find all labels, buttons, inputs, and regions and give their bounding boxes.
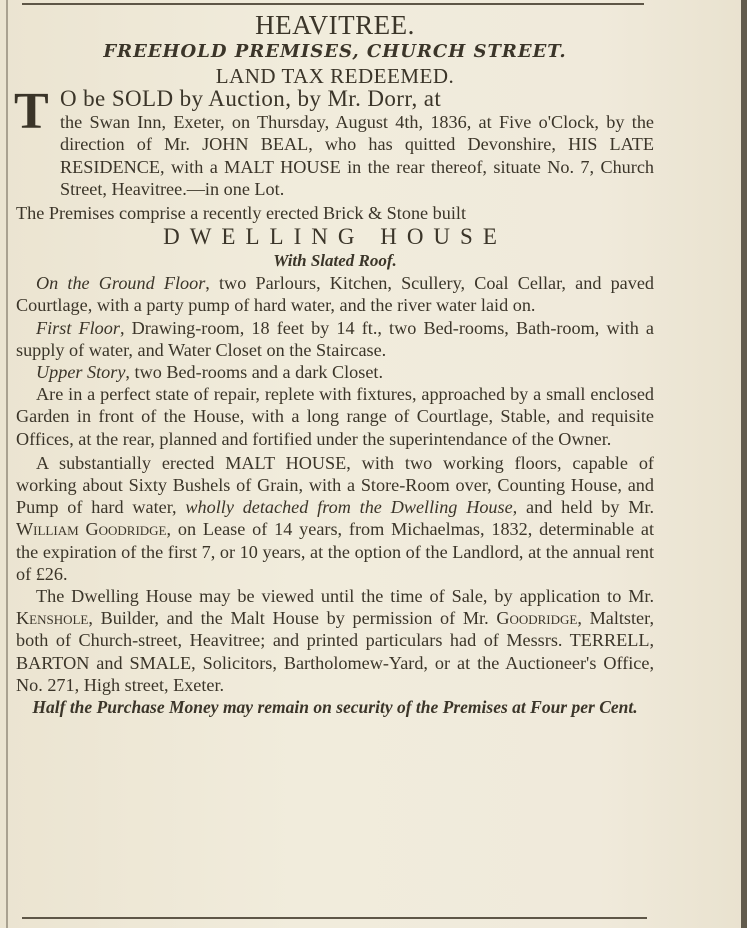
- tenant-name: William Goodridge: [16, 519, 167, 539]
- viewing-paragraph: The Dwelling House may be viewed until t…: [16, 585, 654, 696]
- left-column-rule: [6, 0, 8, 928]
- upper-story-label: Upper Story: [36, 362, 125, 382]
- ground-floor-label: On the Ground Floor: [36, 273, 205, 293]
- ad-title: HEAVITREE.: [16, 10, 654, 40]
- first-floor-paragraph: First Floor, Drawing-room, 18 feet by 14…: [16, 317, 654, 361]
- intro-line-1: O be SOLD by Auction, by Mr. Dorr, at: [60, 86, 441, 111]
- malt-house-text-2: and held by Mr.: [517, 497, 654, 517]
- viewing-text-1: The Dwelling House may be viewed until t…: [36, 586, 654, 606]
- ground-floor-paragraph: On the Ground Floor, two Parlours, Kitch…: [16, 272, 654, 316]
- upper-story-text: , two Bed-rooms and a dark Closet.: [125, 362, 383, 382]
- bottom-divider-rule: [22, 917, 647, 919]
- upper-story-paragraph: Upper Story, two Bed-rooms and a dark Cl…: [16, 361, 654, 383]
- viewing-text-2: , Builder, and the Malt House by permiss…: [88, 608, 496, 628]
- auction-advertisement: HEAVITREE. FREEHOLD PREMISES, CHURCH STR…: [16, 10, 654, 718]
- slated-roof-note: With Slated Roof.: [16, 250, 654, 272]
- land-tax-note: LAND TAX REDEEMED.: [16, 64, 654, 88]
- right-page-edge: [741, 0, 747, 928]
- purchase-terms-note: Half the Purchase Money may remain on se…: [16, 696, 654, 718]
- drop-cap: T: [14, 90, 49, 134]
- intro-paragraph: T O be SOLD by Auction, by Mr. Dorr, at …: [16, 88, 654, 200]
- newspaper-clipping: HEAVITREE. FREEHOLD PREMISES, CHURCH STR…: [0, 0, 747, 928]
- dwelling-house-heading: DWELLING HOUSE: [16, 224, 654, 250]
- malt-house-paragraph: A substantially erected MALT HOUSE, with…: [16, 452, 654, 585]
- condition-paragraph: Are in a perfect state of repair, replet…: [16, 383, 654, 450]
- ad-body: T O be SOLD by Auction, by Mr. Dorr, at …: [16, 88, 654, 718]
- malt-house-detached-note: wholly detached from the Dwelling House,: [185, 497, 517, 517]
- premises-intro: The Premises comprise a recently erected…: [16, 202, 654, 224]
- first-floor-label: First Floor: [36, 318, 120, 338]
- ad-subtitle: FREEHOLD PREMISES, CHURCH STREET.: [16, 40, 654, 64]
- builder-name: Kenshole: [16, 608, 88, 628]
- top-divider-rule: [22, 3, 644, 5]
- intro-line-2: the Swan Inn, Exeter, on Thursday, Augus…: [60, 112, 654, 199]
- maltster-name: Goodridge: [496, 608, 577, 628]
